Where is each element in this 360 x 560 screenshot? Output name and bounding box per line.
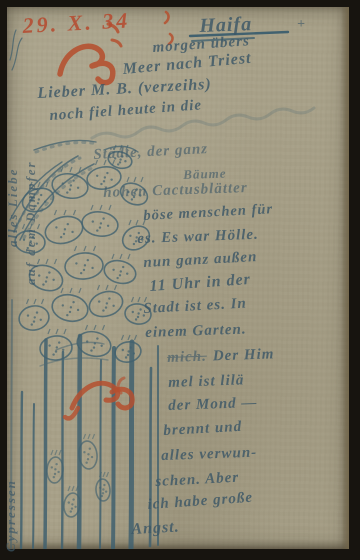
struck-word: mich. [167, 349, 207, 366]
line-text: Der Him [213, 346, 275, 364]
red-flower-squiggle [65, 378, 132, 418]
handwriting-line: einem Garten. [145, 321, 247, 342]
margin-vertical-inner: auf dem Dampfer [23, 55, 39, 285]
handwriting-line: der Mond — [168, 395, 258, 415]
handwriting-line: alles verwun- [161, 445, 257, 465]
handwriting-line: Angst. [131, 518, 180, 539]
handwriting-line: mel ist lilä [168, 372, 245, 392]
place-mark: + [297, 17, 306, 33]
bottom-vertical-word: Cypressen [3, 427, 19, 552]
postcard-paper: 29. X. 34 Haifa + morgen übers Meer nach… [7, 7, 349, 549]
red-initial-squiggle [60, 46, 113, 82]
margin-vertical-outer: alles Liebe [5, 47, 21, 247]
postcard-scan: 29. X. 34 Haifa + morgen übers Meer nach… [0, 0, 360, 560]
cypress-trunks [11, 300, 151, 548]
paper-edge-shadow [342, 7, 349, 549]
